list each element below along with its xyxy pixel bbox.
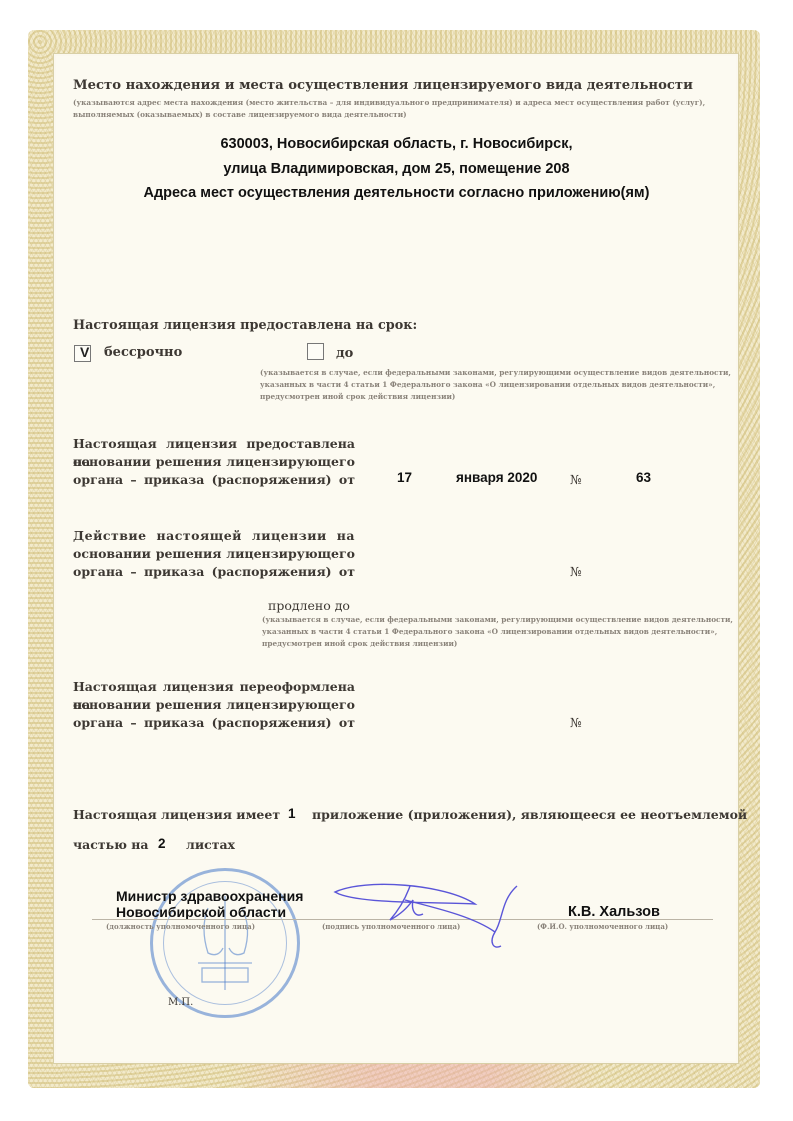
granted-label-line3: органа – приказа (распоряжения) от bbox=[73, 471, 355, 489]
address-line-1: 630003, Новосибирская область, г. Новоси… bbox=[0, 136, 793, 152]
granted-label-line2: основании решения лицензирующего bbox=[73, 453, 355, 471]
border-tint bbox=[228, 1062, 600, 1088]
granted-number: 63 bbox=[636, 470, 651, 485]
granted-day: 17 bbox=[397, 470, 412, 485]
appendix-count: 1 bbox=[288, 806, 296, 821]
extended-number-sign: № bbox=[570, 563, 582, 581]
location-note-line1: (указываются адрес места нахождения (мес… bbox=[73, 97, 723, 109]
unlimited-label: бессрочно bbox=[104, 344, 182, 362]
signatory-name: К.В. Хальзов bbox=[568, 904, 660, 920]
appendix-middle: приложение (приложения), являющееся ее н… bbox=[312, 806, 747, 824]
location-heading: Место нахождения и места осуществления л… bbox=[73, 78, 693, 93]
extended-note-line3: предусмотрен иной срок действия лицензии… bbox=[262, 638, 457, 650]
extended-note-line2: указанных в части 4 статьи 1 Федеральног… bbox=[262, 626, 717, 638]
extended-until-label: продлено до bbox=[268, 597, 350, 615]
seal-label: М.П. bbox=[168, 994, 193, 1012]
until-checkbox[interactable] bbox=[307, 343, 324, 360]
until-note-line3: предусмотрен иной срок действия лицензии… bbox=[260, 391, 455, 403]
until-label: до bbox=[336, 345, 353, 363]
appendix-prefix: Настоящая лицензия имеет bbox=[73, 806, 280, 824]
handwritten-signature bbox=[325, 880, 525, 950]
check-mark-icon: V bbox=[80, 344, 89, 360]
extended-note-line1: (указывается в случае, если федеральными… bbox=[262, 614, 733, 626]
address-line-2: улица Владимировская, дом 25, помещение … bbox=[0, 161, 793, 177]
granted-month-year: января 2020 bbox=[456, 470, 537, 485]
extended-label-line3: органа – приказа (распоряжения) от bbox=[73, 563, 355, 581]
address-line-3: Адреса мест осуществления деятельности с… bbox=[0, 185, 793, 201]
sheet-count: 2 bbox=[158, 836, 166, 851]
extended-label-line1: Действие настоящей лицензии на bbox=[73, 527, 355, 545]
term-heading: Настоящая лицензия предоставлена на срок… bbox=[73, 318, 417, 333]
reissued-label-line3: органа – приказа (распоряжения) от bbox=[73, 714, 355, 732]
position-caption: (должность уполномоченного лица) bbox=[106, 921, 255, 933]
until-note-line2: указанных в части 4 статьи 1 Федеральног… bbox=[260, 379, 715, 391]
unlimited-checkbox[interactable]: V bbox=[74, 345, 91, 362]
extended-label-line2: основании решения лицензирующего bbox=[73, 545, 355, 563]
until-note-line1: (указывается в случае, если федеральными… bbox=[260, 367, 731, 379]
reissued-label-line2: основании решения лицензирующего bbox=[73, 696, 355, 714]
appendix-line2-prefix: частью на bbox=[73, 836, 149, 854]
name-caption: (Ф.И.О. уполномоченного лица) bbox=[537, 921, 668, 933]
granted-number-sign: № bbox=[570, 471, 582, 489]
location-note-line2: выполняемых (оказываемых) в составе лице… bbox=[73, 109, 407, 121]
appendix-line2-suffix: листах bbox=[186, 836, 235, 854]
position-line1: Министр здравоохранения bbox=[116, 888, 303, 905]
reissued-number-sign: № bbox=[570, 714, 582, 732]
